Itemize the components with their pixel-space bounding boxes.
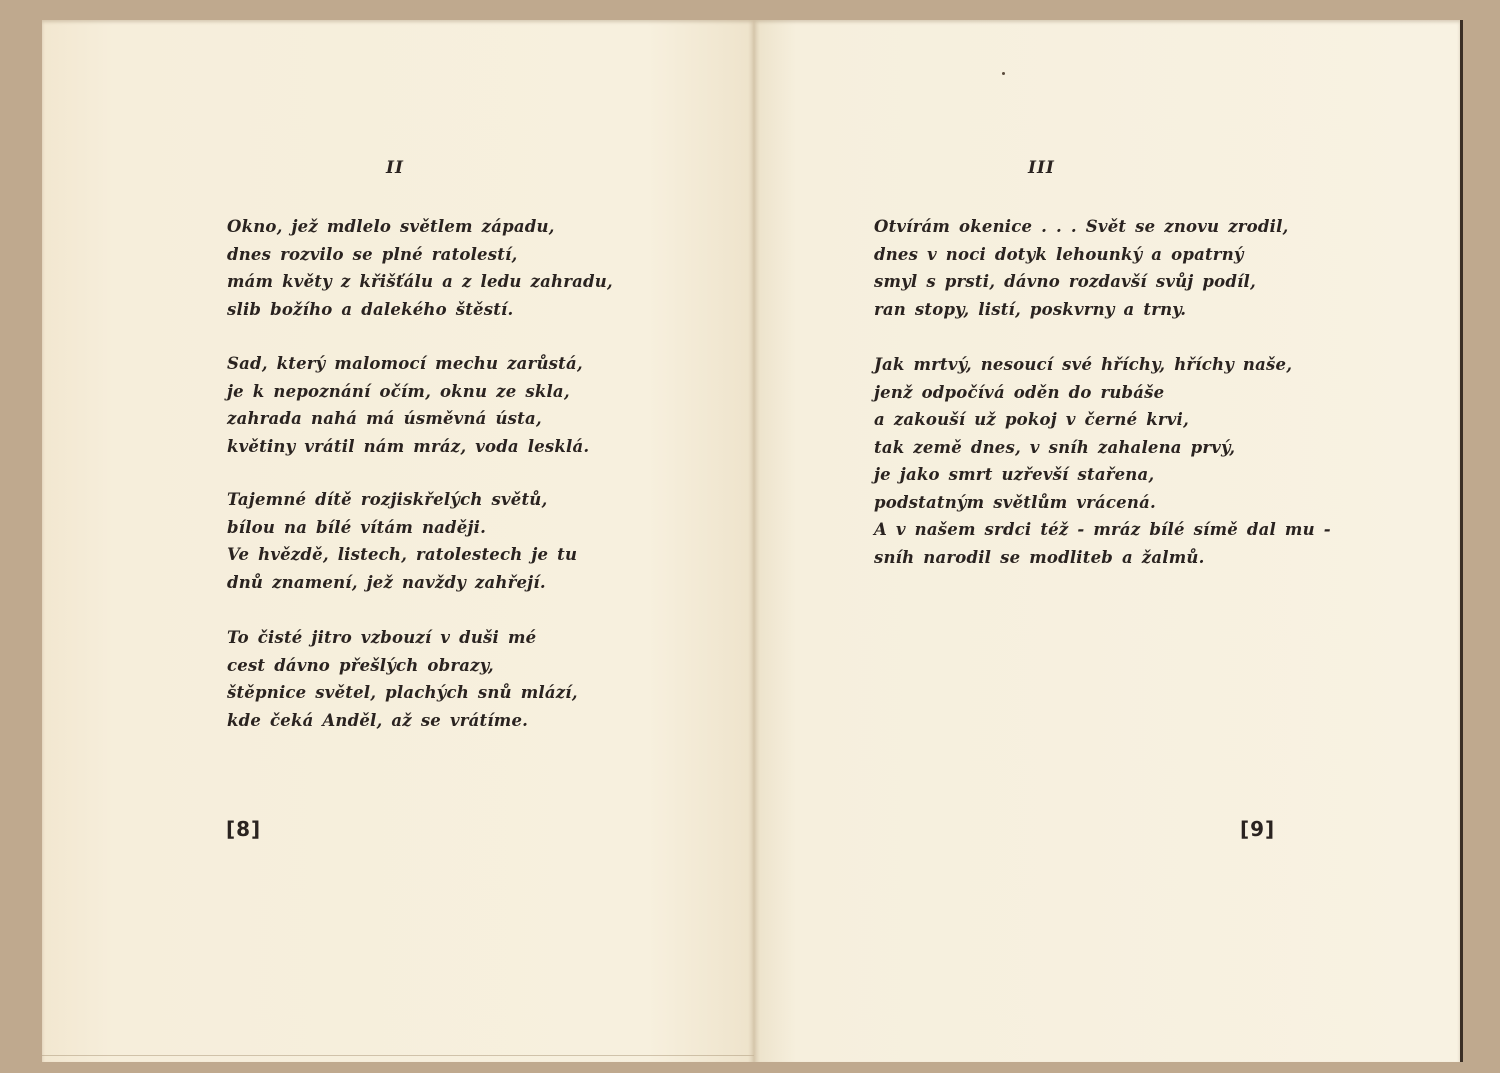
verse-line: je jako smrt uzřevší stařena, (874, 461, 1331, 489)
verse-line: Sad, který malomocí mechu zarůstá, (227, 350, 589, 378)
stanza-2: Sad, který malomocí mechu zarůstá, je k … (227, 350, 589, 460)
verse-line: Ve hvězdě, listech, ratolestech je tu (227, 541, 577, 569)
stanza-4: To čisté jitro vzbouzí v duši mé cest dá… (227, 624, 578, 734)
page-number-9: [9] (1240, 817, 1275, 841)
verse-line: podstatným světlům vrácená. (874, 489, 1331, 517)
verse-line: ran stopy, listí, poskvrny a trny. (874, 296, 1288, 324)
verse-line: kde čeká Anděl, až se vrátíme. (227, 707, 578, 735)
verse-line: štěpnice světel, plachých snů mlází, (227, 679, 578, 707)
speck (1002, 72, 1005, 75)
verse-line: květiny vrátil nám mráz, voda lesklá. (227, 433, 589, 461)
book-spine (748, 20, 760, 1062)
verse-line: zahrada nahá má úsměvná ústa, (227, 405, 589, 433)
verse-line: slib božího a dalekého štěstí. (227, 296, 613, 324)
page-edge (42, 1055, 754, 1056)
verse-line: bílou na bílé vítám naději. (227, 514, 577, 542)
verse-line: sníh narodil se modliteb a žalmů. (874, 544, 1331, 572)
verse-line: dnů znamení, jež navždy zahřejí. (227, 569, 577, 597)
poem-number-ii: II (386, 158, 404, 178)
right-page: III Otvírám okenice . . . Svět se znovu … (754, 20, 1463, 1062)
verse-line: Jak mrtvý, nesoucí své hříchy, hříchy na… (874, 351, 1331, 379)
verse-line: je k nepoznání očím, oknu ze skla, (227, 378, 589, 406)
stanza-1: Okno, jež mdlelo světlem západu, dnes ro… (227, 213, 613, 323)
verse-line: cest dávno přešlých obrazy, (227, 652, 578, 680)
verse-line: jenž odpočívá oděn do rubáše (874, 379, 1331, 407)
stanza-1: Otvírám okenice . . . Svět se znovu zrod… (874, 213, 1288, 323)
verse-line: To čisté jitro vzbouzí v duši mé (227, 624, 578, 652)
page-number-8: [8] (226, 817, 261, 841)
verse-line: mám květy z křišťálu a z ledu zahradu, (227, 268, 613, 296)
verse-line: dnes rozvilo se plné ratolestí, (227, 241, 613, 269)
verse-line: dnes v noci dotyk lehounký a opatrný (874, 241, 1288, 269)
verse-line: smyl s prsti, dávno rozdavší svůj podíl, (874, 268, 1288, 296)
stanza-2: Jak mrtvý, nesoucí své hříchy, hříchy na… (874, 351, 1331, 571)
poem-number-iii: III (1028, 158, 1055, 178)
verse-line: Otvírám okenice . . . Svět se znovu zrod… (874, 213, 1288, 241)
verse-line: Tajemné dítě rozjiskřelých světů, (227, 486, 577, 514)
verse-line: tak země dnes, v sníh zahalena prvý, (874, 434, 1331, 462)
stanza-3: Tajemné dítě rozjiskřelých světů, bílou … (227, 486, 577, 596)
left-page: II Okno, jež mdlelo světlem západu, dnes… (42, 20, 754, 1062)
verse-line: a zakouší už pokoj v černé krvi, (874, 406, 1331, 434)
verse-line: Okno, jež mdlelo světlem západu, (227, 213, 613, 241)
open-book: II Okno, jež mdlelo světlem západu, dnes… (42, 20, 1460, 1062)
verse-line: A v našem srdci též - mráz bílé símě dal… (874, 516, 1331, 544)
